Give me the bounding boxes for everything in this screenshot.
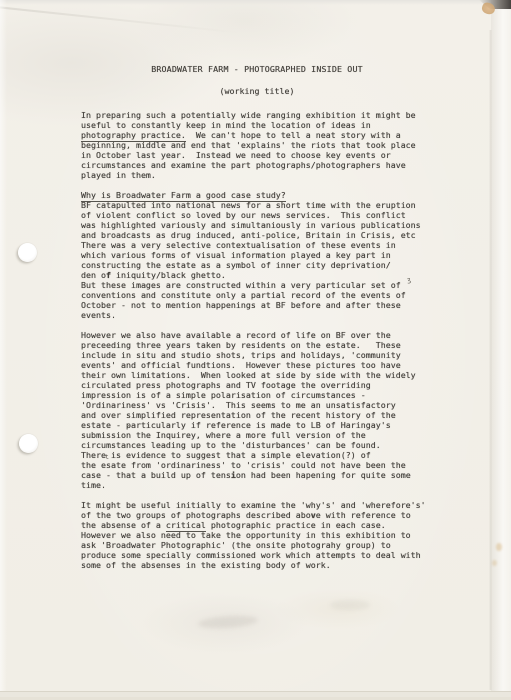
text-line: But these images are constructed within … <box>81 280 433 290</box>
document-title: BROADWATER FARM - PHOTOGRAPHED INSIDE OU… <box>81 64 433 74</box>
text-line: time. <box>81 480 433 490</box>
text-line: It might be useful initially to examine … <box>81 500 433 510</box>
text-line: which various forms of visual informatio… <box>81 250 433 260</box>
record-of-life-paragraph: However we also have available a record … <box>81 330 433 490</box>
text-line: impression is of a simple polarisation o… <box>81 390 433 400</box>
text-line: estate - particularly if reference is ma… <box>81 420 433 430</box>
text-line: constructing the estate as a symbol of i… <box>81 260 433 270</box>
text-line: submission the Inquirey, where a more fu… <box>81 430 433 440</box>
text-line: was highlighted variously and simultanio… <box>81 220 433 230</box>
conclusion-paragraph: It might be useful initially to examine … <box>81 500 433 570</box>
text-line: useful to constantly keep in mind the lo… <box>81 120 433 130</box>
text-line: circulated press photographs and TV foot… <box>81 380 433 390</box>
pen-scribble-after-set-of: ʒ <box>407 277 412 283</box>
text-line: events. <box>81 310 433 320</box>
text-line: However we also need to take the opportu… <box>81 530 433 540</box>
document: BROADWATER FARM - PHOTOGRAPHED INSIDE OU… <box>81 64 433 570</box>
text-line: their own limitations. When looked at si… <box>81 370 433 380</box>
text-line: produce some specially commissioned work… <box>81 550 433 560</box>
insertion-caret-submission: ^ <box>127 425 132 431</box>
sheet: BROADWATER FARM - PHOTOGRAPHED INSIDE OU… <box>0 0 511 700</box>
document-body: In preparing such a potentially wide ran… <box>81 110 433 570</box>
stain <box>492 560 497 566</box>
text-line: ask 'Broadwater Photographic' (the onsit… <box>81 540 433 550</box>
text-line: and over simplified representation of th… <box>81 410 433 420</box>
text-line: of violent conflict so loved by our news… <box>81 210 433 220</box>
text-line: played in them. <box>81 170 433 180</box>
text-line: photography practice. We can't hope to t… <box>81 130 433 140</box>
text-line: some of the absenses in the existing bod… <box>81 560 433 570</box>
inserted-letter-t-estate: t <box>105 454 110 460</box>
text-line: There was a very selective contextualisa… <box>81 240 433 250</box>
text-line: the esate from 'ordinariness' to 'crisis… <box>81 460 433 470</box>
intro-paragraph: In preparing such a potentially wide ran… <box>81 110 433 180</box>
text-line: BF catapulted into national news for a s… <box>81 200 433 210</box>
text-line: In preparing such a potentially wide ran… <box>81 110 433 120</box>
punch-hole-bottom <box>19 434 38 453</box>
text-line: circumstances leading up to the 'disturb… <box>81 440 433 450</box>
smudge-mark-2 <box>330 600 370 610</box>
text-line: preceeding three years taken by resident… <box>81 340 433 350</box>
paper-right-edge <box>491 0 511 700</box>
text-line: circumstances and examine the part photo… <box>81 160 433 170</box>
text-line: beginning, middle and end that 'explains… <box>81 140 433 150</box>
text-line: events' and official fundtions. However … <box>81 360 433 370</box>
paper-top-crease <box>0 0 511 5</box>
smudge-mark <box>198 614 259 630</box>
case-study-section: Why is Broadwater Farm a good case study… <box>81 190 433 320</box>
text-line: include in situ and studio shots, trips … <box>81 350 433 360</box>
text-line: October - not to mention happenings at B… <box>81 300 433 310</box>
paper-diagonal-crease <box>0 4 239 33</box>
text-line: conventions and constitute only a partia… <box>81 290 433 300</box>
paper-left-edge <box>0 0 7 700</box>
text-line: of the two groups of photographs describ… <box>81 510 433 520</box>
stain <box>496 543 502 551</box>
text-line: and broadcasts as drug induced, anti-pol… <box>81 230 433 240</box>
text-line: 'Ordinariness' vs 'Crisis'. This seems t… <box>81 400 433 410</box>
text-line: However we also have available a record … <box>81 330 433 340</box>
punch-hole-top <box>18 243 37 262</box>
text-line: There is evidence to suggest that a simp… <box>81 450 433 460</box>
paper-right-crease <box>489 30 492 690</box>
paper-bottom-edge <box>0 691 511 700</box>
text-line: the absense of a critical photographic p… <box>81 520 433 530</box>
text-line: Why is Broadwater Farm a good case study… <box>81 190 433 200</box>
text-line: in October last year. Instead we need to… <box>81 150 433 160</box>
document-subtitle: (working title) <box>81 86 433 96</box>
text-line: case - that a build up of tension had be… <box>81 470 433 480</box>
text-line: den of iniquity/black ghetto. <box>81 270 433 280</box>
